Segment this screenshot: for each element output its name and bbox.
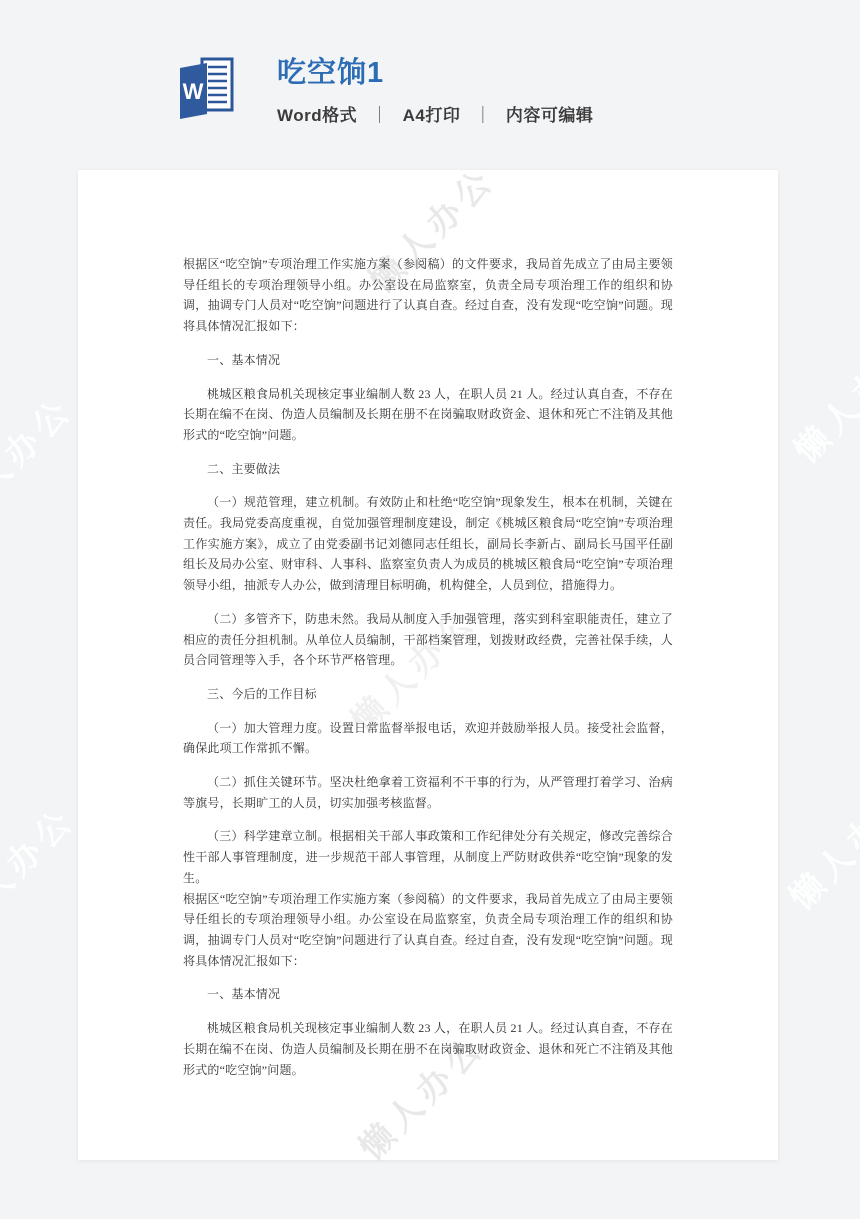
doc-paragraph: 根据区“吃空饷”专项治理工作实施方案（参阅稿）的文件要求，我局首先成立了由局主要…: [183, 254, 673, 337]
document-page-preview: 根据区“吃空饷”专项治理工作实施方案（参阅稿）的文件要求，我局首先成立了由局主要…: [78, 170, 778, 1160]
meta-separator: ｜: [474, 106, 492, 125]
page-title: 吃空饷1: [277, 50, 384, 91]
svg-text:W: W: [183, 79, 204, 104]
document-header: W 吃空饷1 Word格式｜A4打印｜内容可编辑: [0, 0, 860, 170]
doc-paragraph: （二）多管齐下，防患未然。我局从制度入手加强管理，落实到科室职能责任，建立了相应…: [183, 609, 673, 671]
doc-paragraph: （一）规范管理，建立机制。有效防止和杜绝“吃空饷”现象发生，根本在机制，关键在责…: [183, 492, 673, 596]
doc-heading: 一、基本情况: [183, 984, 673, 1005]
doc-paragraph: （三）科学建章立制。根据相关干部人事政策和工作纪律处分有关规定，修改完善综合性干…: [183, 826, 673, 888]
meta-separator: ｜: [371, 106, 389, 125]
doc-heading: 三、今后的工作目标: [183, 684, 673, 705]
doc-paragraph: 根据区“吃空饷”专项治理工作实施方案（参阅稿）的文件要求，我局首先成立了由局主要…: [183, 889, 673, 972]
watermark: 懒人办公: [0, 384, 82, 532]
doc-heading: 二、主要做法: [183, 459, 673, 480]
format-word: Word格式: [277, 106, 357, 125]
doc-paragraph: 桃城区粮食局机关现核定事业编制人数 23 人，在职人员 21 人。经过认真自查，…: [183, 1018, 673, 1080]
format-editable: 内容可编辑: [506, 106, 594, 125]
doc-paragraph: （二）抓住关键环节。坚决杜绝拿着工资福利不干事的行为，从严管理打着学习、治病等旗…: [183, 772, 673, 813]
watermark: 懒人办公: [781, 324, 860, 472]
watermark: 懒人办公: [776, 771, 860, 919]
doc-heading: 一、基本情况: [183, 350, 673, 371]
doc-paragraph: （一）加大管理力度。设置日常监督举报电话，欢迎并鼓励举报人员。接受社会监督，确保…: [183, 718, 673, 759]
format-a4: A4打印: [403, 106, 461, 125]
word-icon: W: [177, 57, 235, 119]
doc-paragraph: 桃城区粮食局机关现核定事业编制人数 23 人，在职人员 21 人。经过认真自查，…: [183, 384, 673, 446]
document-format-info: Word格式｜A4打印｜内容可编辑: [277, 101, 593, 126]
watermark: 懒人办公: [0, 794, 84, 942]
